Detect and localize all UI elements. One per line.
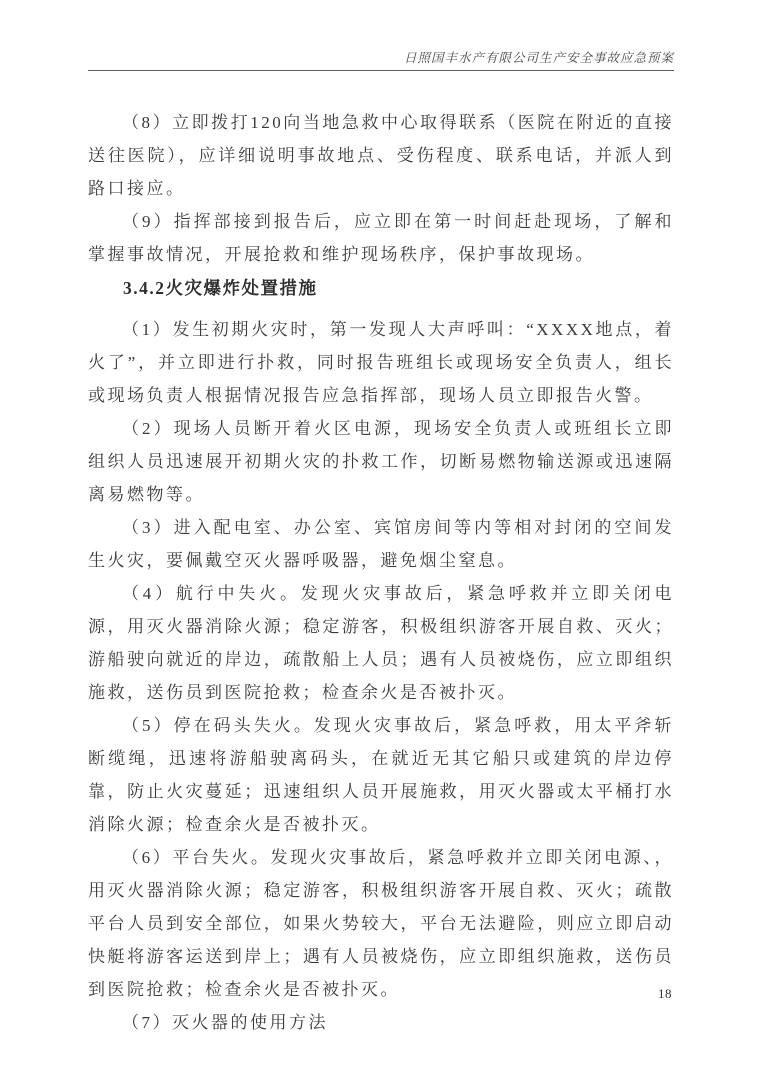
paragraph-9: （9）指挥部接到报告后，应立即在第一时间赶赴现场，了解和掌握事故情况，开展抢救和… xyxy=(88,205,674,271)
paragraph-1: （1）发生初期火灾时，第一发现人大声呼叫：“XXXX地点，着火了”，并立即进行扑… xyxy=(88,313,674,412)
section-heading-3-4-2: 3.4.2火灾爆炸处置措施 xyxy=(88,272,674,305)
page-footer: 18 xyxy=(88,985,674,1003)
page-header: 日照国丰水产有限公司生产安全事故应急预案 xyxy=(88,0,674,71)
header-rule xyxy=(88,70,674,71)
paragraph-8: （8）立即拨打120向当地急救中心取得联系（医院在附近的直接送往医院），应详细说… xyxy=(88,106,674,205)
document-body: （8）立即拨打120向当地急救中心取得联系（医院在附近的直接送往医院），应详细说… xyxy=(88,106,674,1039)
paragraph-3: （3）进入配电室、办公室、宾馆房间等内等相对封闭的空间发生火灾，要佩戴空灭火器呼… xyxy=(88,511,674,577)
document-page: 日照国丰水产有限公司生产安全事故应急预案 （8）立即拨打120向当地急救中心取得… xyxy=(0,0,762,1080)
paragraph-2: （2）现场人员断开着火区电源，现场安全负责人或班组长立即组织人员迅速展开初期火灾… xyxy=(88,412,674,511)
page-number: 18 xyxy=(658,986,672,1002)
paragraph-6: （6）平台失火。发现火灾事故后，紧急呼救并立即关闭电源、，用灭火器消除火源；稳定… xyxy=(88,841,674,1006)
paragraph-7: （7）灭火器的使用方法 xyxy=(88,1006,674,1039)
paragraph-5: （5）停在码头失火。发现火灾事故后，紧急呼救，用太平斧斩断缆绳，迅速将游船驶离码… xyxy=(88,709,674,841)
paragraph-4: （4）航行中失火。发现火灾事故后，紧急呼救并立即关闭电源，用灭火器消除火源；稳定… xyxy=(88,577,674,709)
header-title: 日照国丰水产有限公司生产安全事故应急预案 xyxy=(88,0,674,66)
